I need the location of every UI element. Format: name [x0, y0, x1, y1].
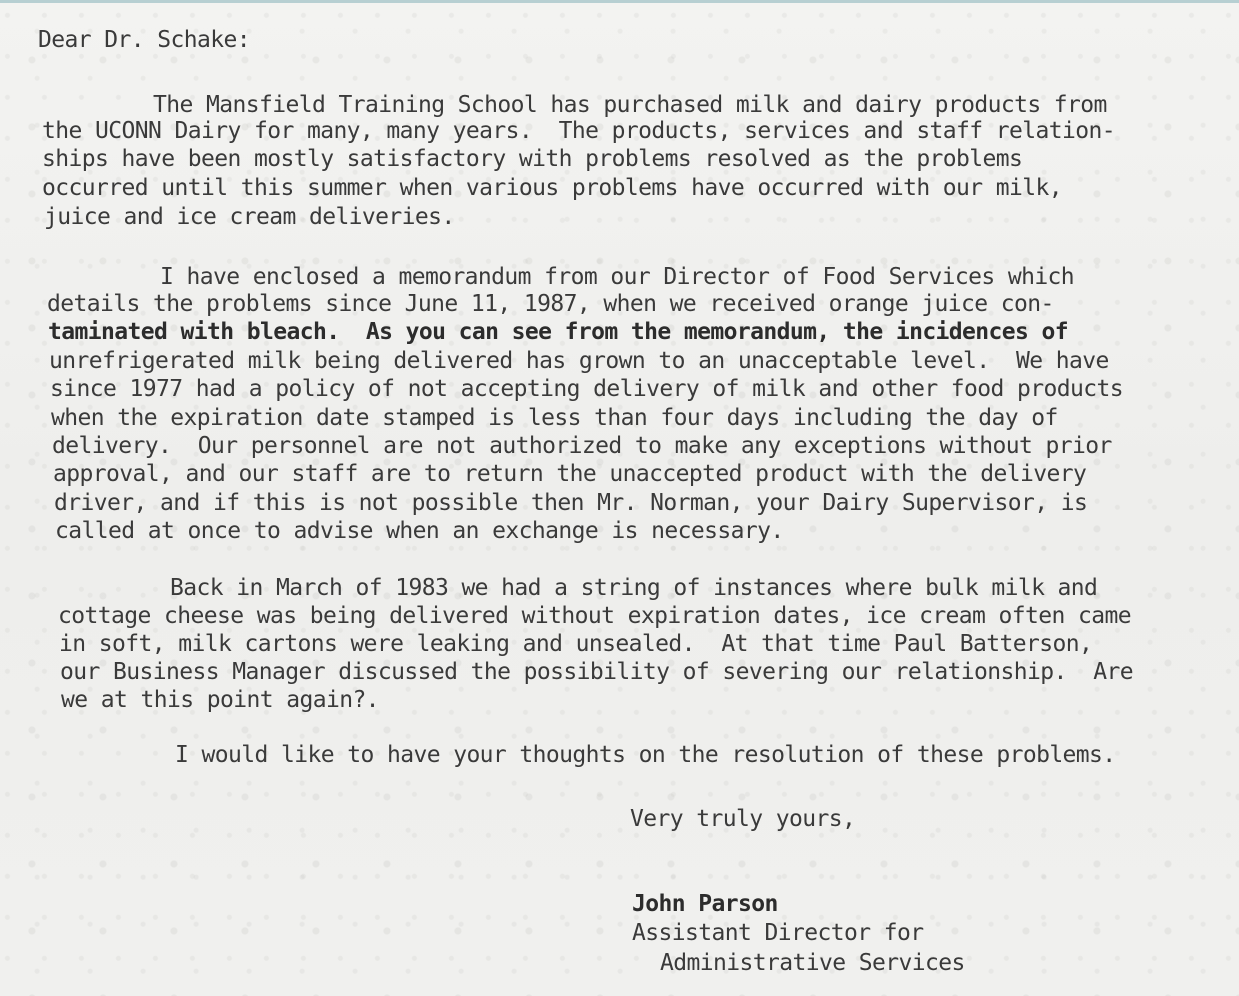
signature-title-line-1: Assistant Director for: [632, 922, 923, 945]
paragraph-line: our Business Manager discussed the possi…: [60, 661, 1133, 684]
signature-name: John Parson: [632, 893, 778, 916]
paragraph-line: taminated with bleach. As you can see fr…: [48, 321, 1068, 344]
paragraph-line: delivery. Our personnel are not authoriz…: [52, 435, 1112, 458]
signature-title-line-2: Administrative Services: [660, 952, 965, 975]
paragraph-line: I would like to have your thoughts on th…: [175, 744, 1116, 767]
paragraph-line: in soft, milk cartons were leaking and u…: [59, 633, 1092, 656]
paragraph-line: Back in March of 1983 we had a string of…: [170, 577, 1097, 600]
paragraph-line: driver, and if this is not possible then…: [54, 492, 1087, 515]
paragraph-line: since 1977 had a policy of not accepting…: [50, 378, 1123, 401]
paragraph-line: occurred until this summer when various …: [42, 177, 1062, 200]
salutation: Dear Dr. Schake:: [38, 29, 250, 52]
paragraph-line: The Mansfield Training School has purcha…: [153, 94, 1107, 117]
paragraph-line: details the problems since June 11, 1987…: [47, 293, 1054, 316]
paragraph-line: unrefrigerated milk being delivered has …: [49, 350, 1109, 373]
paragraph-line: juice and ice cream deliveries.: [44, 206, 455, 229]
paragraph-line: when the expiration date stamped is less…: [51, 407, 1058, 430]
paragraph-line: we at this point again?.: [61, 689, 379, 712]
paragraph-line: approval, and our staff are to return th…: [53, 463, 1086, 486]
paragraph-line: called at once to advise when an exchang…: [55, 520, 784, 543]
paragraph-line: I have enclosed a memorandum from our Di…: [160, 266, 1074, 289]
letter-page: Dear Dr. Schake: The Mansfield Training …: [0, 0, 1239, 996]
paragraph-line: the UCONN Dairy for many, many years. Th…: [42, 120, 1115, 143]
closing: Very truly yours,: [630, 808, 855, 831]
paragraph-line: cottage cheese was being delivered witho…: [58, 605, 1131, 628]
paragraph-line: ships have been mostly satisfactory with…: [42, 148, 1022, 171]
